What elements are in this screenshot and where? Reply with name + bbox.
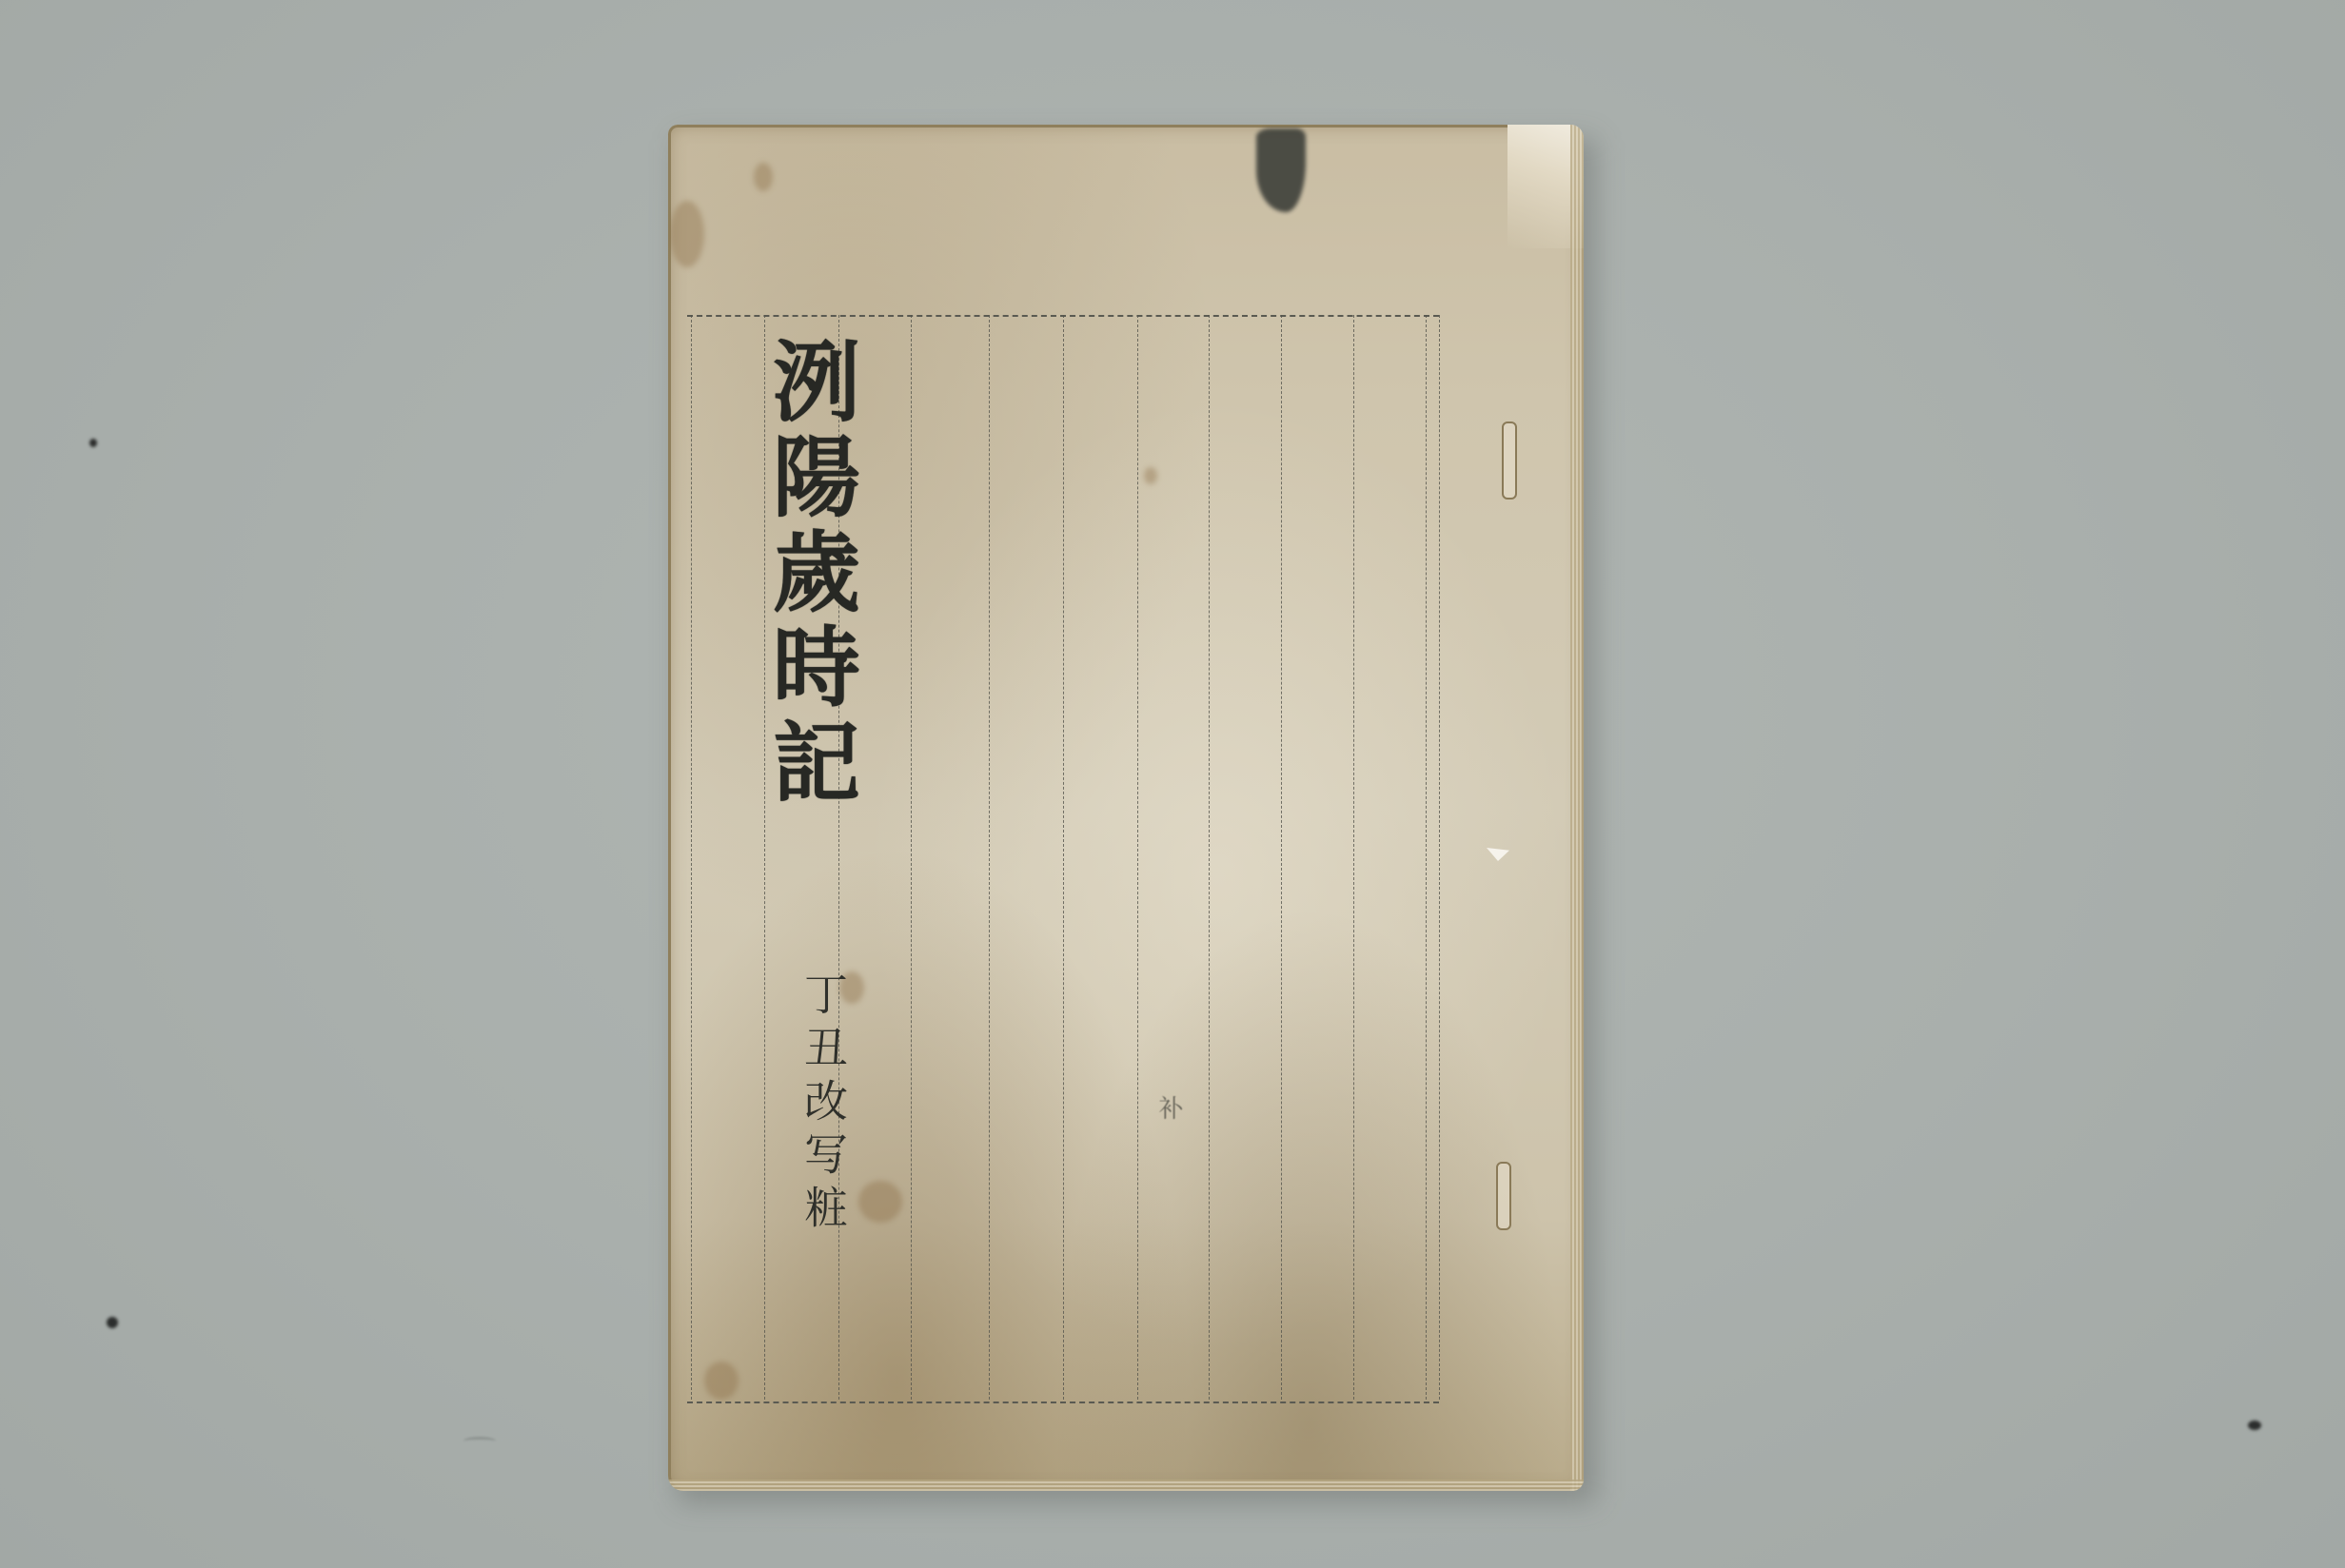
column-line (1281, 315, 1282, 1400)
column-line (1063, 315, 1064, 1400)
column-line (1209, 315, 1210, 1400)
book-cover: 洌陽歲時記 丁丑改写粧 补 (668, 125, 1584, 1491)
background-speck (89, 439, 97, 447)
column-line (691, 315, 692, 1400)
column-line (1426, 315, 1427, 1400)
column-line (989, 315, 990, 1400)
marginal-mark: 补 (1152, 1095, 1187, 1120)
column-line (1137, 315, 1138, 1400)
ink-stain (1256, 128, 1306, 212)
paper-tear (1487, 848, 1509, 861)
binding-stitch (1496, 1162, 1511, 1230)
page-edges-bottom (668, 1480, 1584, 1491)
background-speck (2248, 1421, 2261, 1430)
background-scuff (463, 1437, 496, 1445)
background-speck (107, 1317, 118, 1328)
column-line (1439, 315, 1440, 1400)
book-title: 洌陽歲時記 (752, 336, 866, 812)
paper-stain (754, 163, 773, 191)
page-edges-right (1570, 125, 1584, 1491)
paper-stain (670, 201, 704, 267)
book-subtitle: 丁丑改写粧 (792, 971, 849, 1238)
binding-stitch (1502, 421, 1517, 500)
column-line (1353, 315, 1354, 1400)
column-line (911, 315, 912, 1400)
